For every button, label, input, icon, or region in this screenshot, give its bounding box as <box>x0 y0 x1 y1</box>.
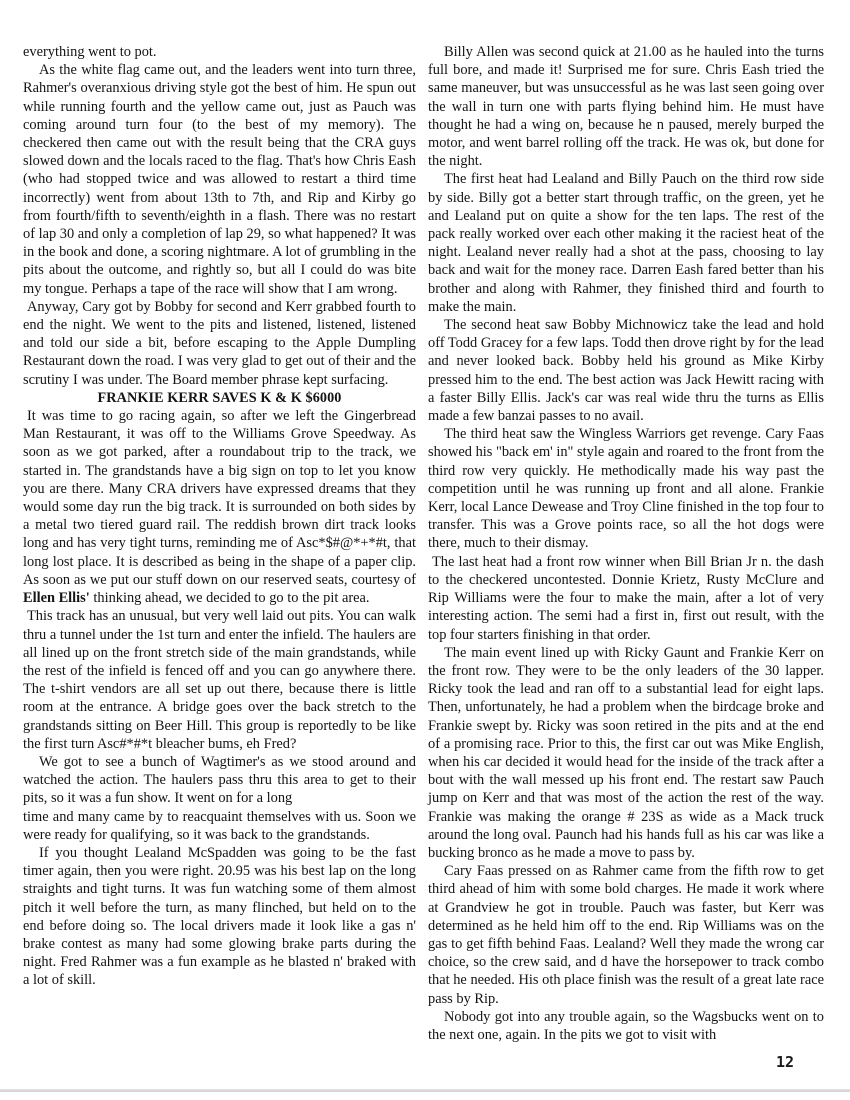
paragraph: Cary Faas pressed on as Rahmer came from… <box>428 862 824 1008</box>
paragraph: We got to see a bunch of Wagtimer's as w… <box>23 753 416 844</box>
paragraph: The third heat saw the Wingless Warriors… <box>428 425 824 552</box>
paragraph-text: We got to see a bunch of Wagtimer's as w… <box>23 753 416 808</box>
paragraph-text: thinking ahead, we decided to go to the … <box>90 590 370 606</box>
paragraph: If you thought Lealand McSpadden was goi… <box>23 844 416 990</box>
paragraph: This track has an unusual, but very well… <box>23 607 416 753</box>
bottom-rule <box>0 1089 850 1092</box>
bold-name: Ellen Ellis' <box>23 590 90 606</box>
left-column: everything went to pot. As the white fla… <box>23 43 416 990</box>
paragraph: Billy Allen was second quick at 21.00 as… <box>428 43 824 170</box>
paragraph: The main event lined up with Ricky Gaunt… <box>428 644 824 862</box>
paragraph: Nobody got into any trouble again, so th… <box>428 1008 824 1044</box>
paragraph: The first heat had Lealand and Billy Pau… <box>428 170 824 316</box>
paragraph: As the white flag came out, and the lead… <box>23 61 416 298</box>
paragraph-text: It was time to go racing again, so after… <box>23 408 416 588</box>
paragraph: It was time to go racing again, so after… <box>23 407 416 607</box>
section-heading: FRANKIE KERR SAVES K & K $6000 <box>23 389 416 407</box>
paragraph: The last heat had a front row winner whe… <box>428 553 824 644</box>
paragraph: The second heat saw Bobby Michnowicz tak… <box>428 316 824 425</box>
paragraph: Anyway, Cary got by Bobby for second and… <box>23 298 416 389</box>
paragraph-text: time and many came by to reacquaint them… <box>23 809 416 843</box>
paragraph: everything went to pot. <box>23 43 416 61</box>
page-number: 12 <box>776 1053 794 1071</box>
right-column: Billy Allen was second quick at 21.00 as… <box>428 43 824 1044</box>
